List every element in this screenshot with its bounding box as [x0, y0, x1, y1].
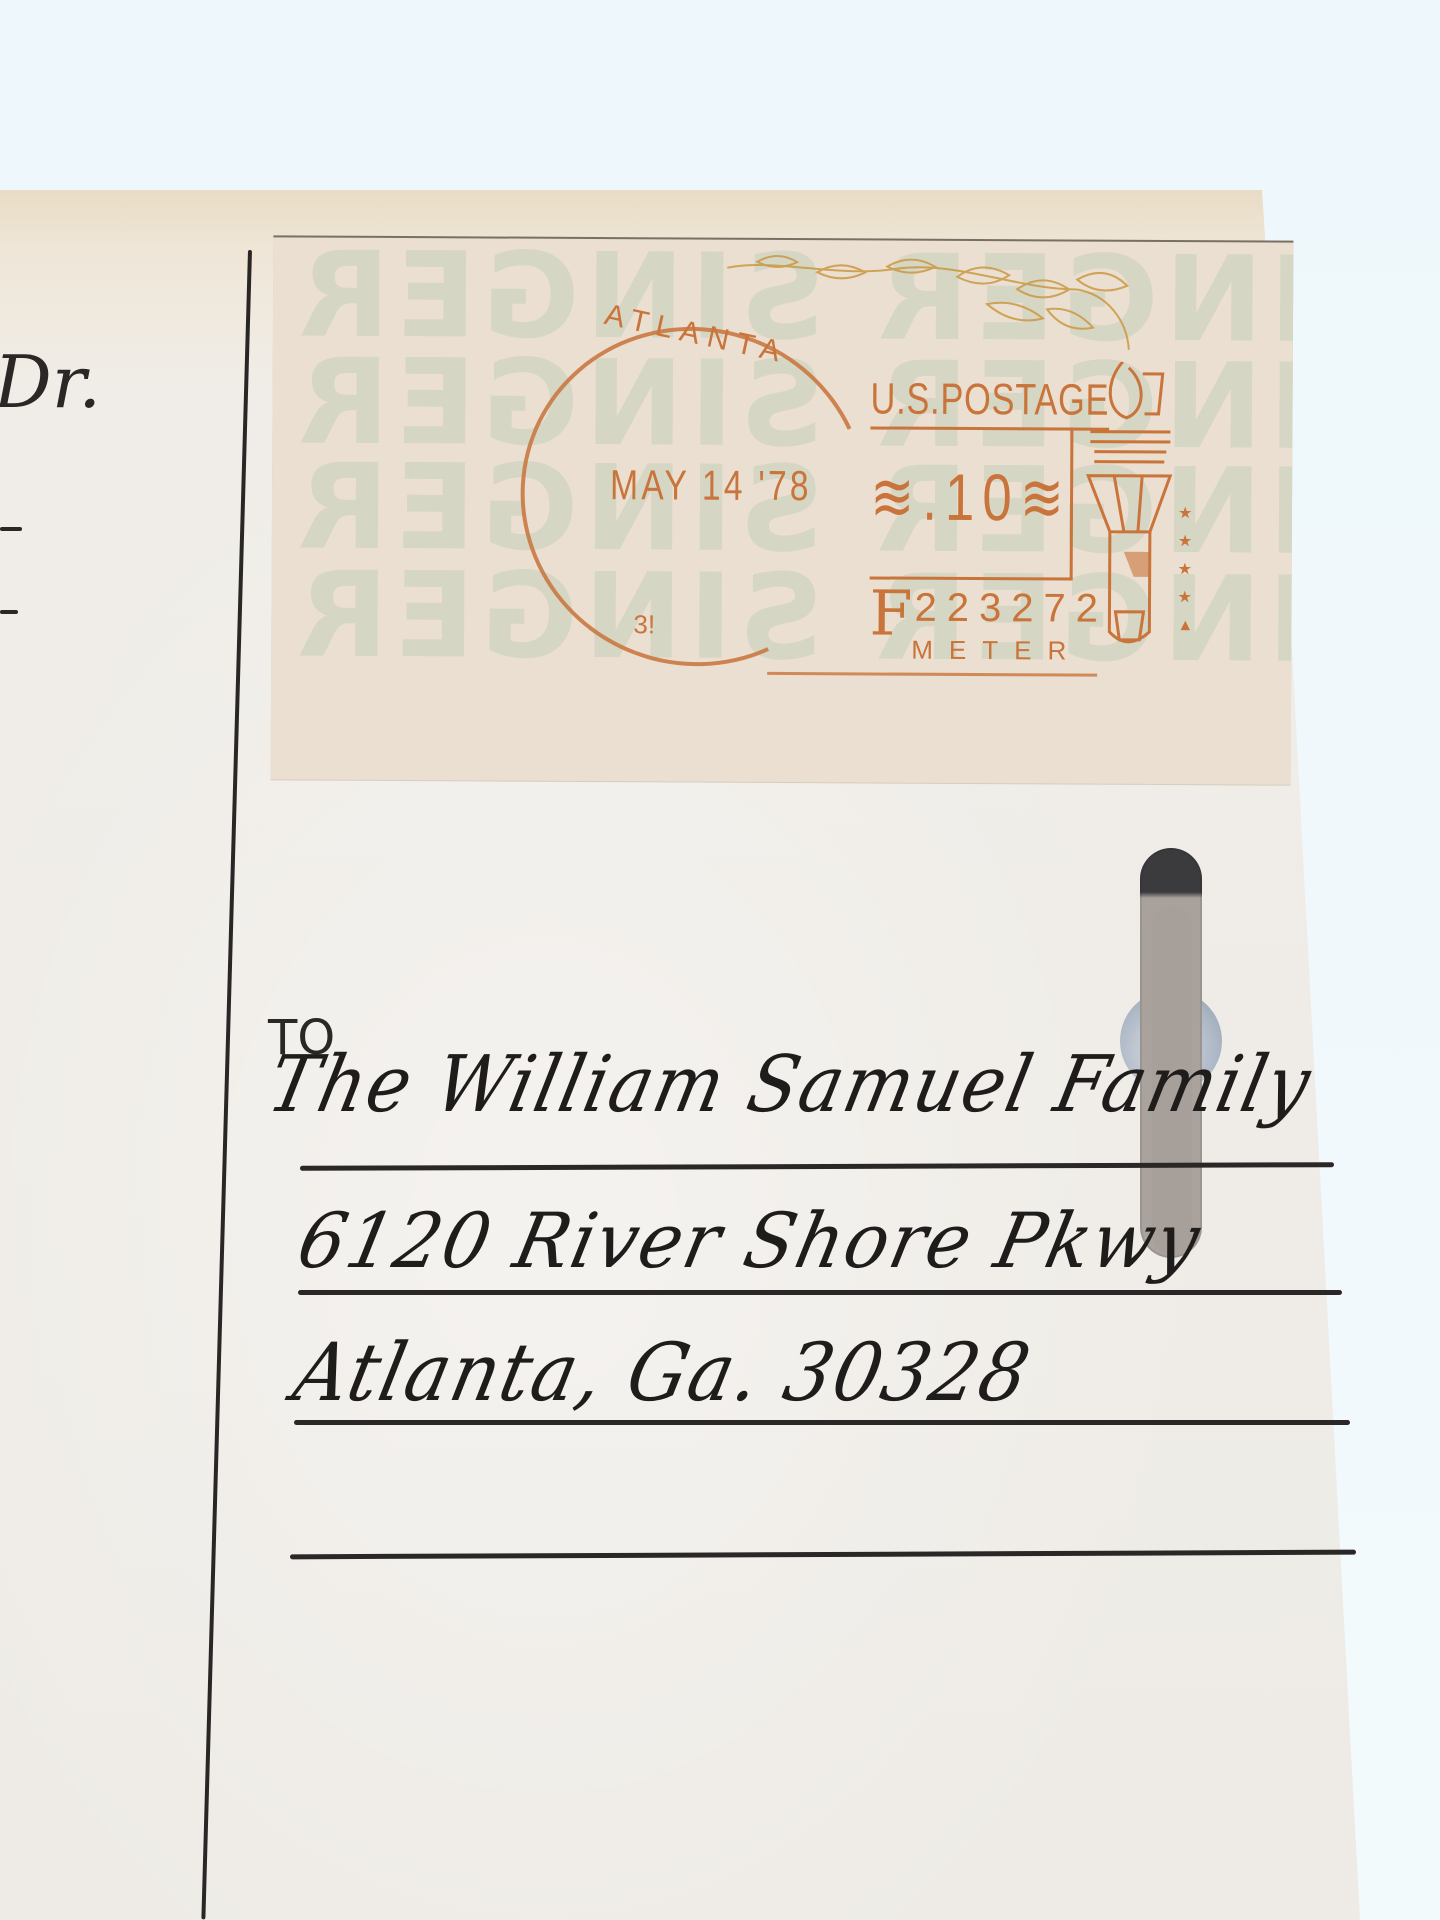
- postmark-date: MAY 14 '78: [610, 461, 812, 510]
- triangle-icon: ▲: [1177, 612, 1193, 640]
- star-icon: ★: [1178, 528, 1194, 556]
- postmark-zip: 3!: [633, 609, 655, 640]
- meter-number-value: 223272: [914, 586, 1108, 631]
- address-line-2: 6120 River Shore Pkwy: [291, 1196, 1209, 1285]
- meter-prefix: F: [869, 576, 912, 649]
- left-handwriting-fragment: Dr.: [0, 340, 101, 424]
- meter-label: METER: [911, 635, 1082, 667]
- left-rule-line: [0, 527, 22, 531]
- postage-amount: ≋.10≋: [870, 458, 1072, 536]
- us-postage-label: U.S.POSTAGE: [870, 374, 1109, 430]
- stars-column: ★ ★ ★ ★ ▲: [1177, 500, 1194, 640]
- star-icon: ★: [1177, 584, 1193, 612]
- left-rule-line: [0, 610, 18, 614]
- address-line-3: Atlanta, Ga. 30328: [286, 1326, 1039, 1419]
- star-icon: ★: [1178, 500, 1194, 528]
- address-rule-3: [294, 1420, 1350, 1425]
- torch-icon: [1083, 362, 1175, 662]
- star-icon: ★: [1178, 556, 1194, 584]
- postage-meter-strip: SINGER SINGER SINGER SINGER SINGER SINGE…: [271, 235, 1294, 784]
- wavy-lines-icon: ≋: [1020, 460, 1073, 534]
- amount-value: .10: [922, 460, 1020, 535]
- address-line-1: The William Samuel Family: [260, 1040, 1319, 1130]
- wavy-lines-icon: ≋: [870, 459, 923, 533]
- address-rule-2: [298, 1290, 1342, 1295]
